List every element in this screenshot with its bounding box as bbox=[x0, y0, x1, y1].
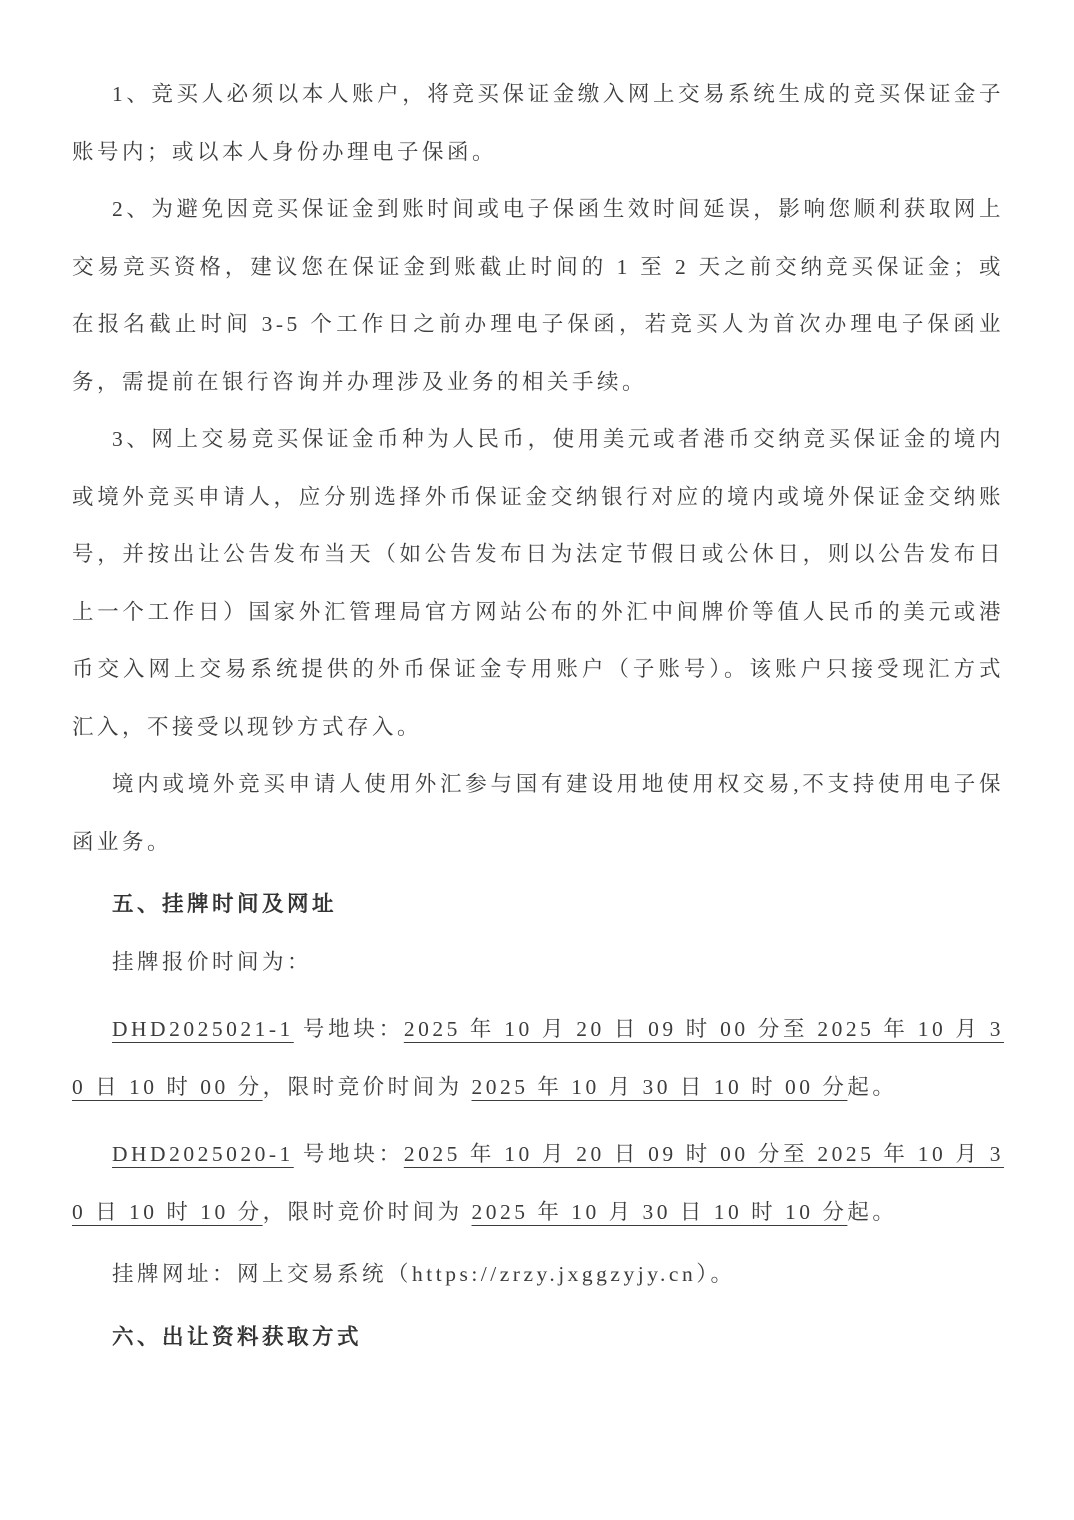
parcel-1-mid-text: ，限时竞价时间为 bbox=[263, 1075, 472, 1099]
parcel-1-suffix: 起。 bbox=[847, 1075, 897, 1099]
paragraph-listing-parcel-2: DHD2025020-1 号地块：2025 年 10 月 20 日 09 时 0… bbox=[72, 1126, 1004, 1241]
paragraph-listing-time-intro: 挂牌报价时间为： bbox=[72, 934, 1004, 992]
parcel-1-timed-auction-start: 2025 年 10 月 30 日 10 时 00 分 bbox=[472, 1075, 848, 1099]
parcel-2-id: DHD2025020-1 bbox=[112, 1142, 294, 1166]
paragraph-listing-website: 挂牌网址：网上交易系统（https://zrzy.jxggzyjy.cn）。 bbox=[72, 1246, 1004, 1304]
paragraph-foreign-exchange-note: 境内或境外竞买申请人使用外汇参与国有建设用地使用权交易,不支持使用电子保函业务。 bbox=[72, 756, 1004, 871]
parcel-2-timed-auction-start: 2025 年 10 月 30 日 10 时 10 分 bbox=[472, 1200, 848, 1224]
document-content: 1、竞买人必须以本人账户，将竞买保证金缴入网上交易系统生成的竞买保证金子账号内；… bbox=[0, 0, 1074, 1366]
parcel-1-label: 号地块： bbox=[294, 1017, 404, 1041]
section-heading-materials-access: 六、出让资料获取方式 bbox=[72, 1309, 1004, 1367]
parcel-2-label: 号地块： bbox=[294, 1142, 404, 1166]
section-heading-listing-time: 五、挂牌时间及网址 bbox=[72, 876, 1004, 934]
parcel-2-mid-text: ，限时竞价时间为 bbox=[263, 1200, 472, 1224]
paragraph-deposit-rule-2: 2、为避免因竞买保证金到账时间或电子保函生效时间延误，影响您顺利获取网上交易竞买… bbox=[72, 181, 1004, 411]
paragraph-deposit-rule-3: 3、网上交易竞买保证金币种为人民币，使用美元或者港币交纳竞买保证金的境内或境外竞… bbox=[72, 411, 1004, 756]
document-page: 1、竞买人必须以本人账户，将竞买保证金缴入网上交易系统生成的竞买保证金子账号内；… bbox=[0, 0, 1074, 1520]
parcel-1-id: DHD2025021-1 bbox=[112, 1017, 294, 1041]
paragraph-listing-parcel-1: DHD2025021-1 号地块：2025 年 10 月 20 日 09 时 0… bbox=[72, 1001, 1004, 1116]
parcel-2-suffix: 起。 bbox=[847, 1200, 897, 1224]
paragraph-deposit-rule-1: 1、竞买人必须以本人账户，将竞买保证金缴入网上交易系统生成的竞买保证金子账号内；… bbox=[72, 66, 1004, 181]
